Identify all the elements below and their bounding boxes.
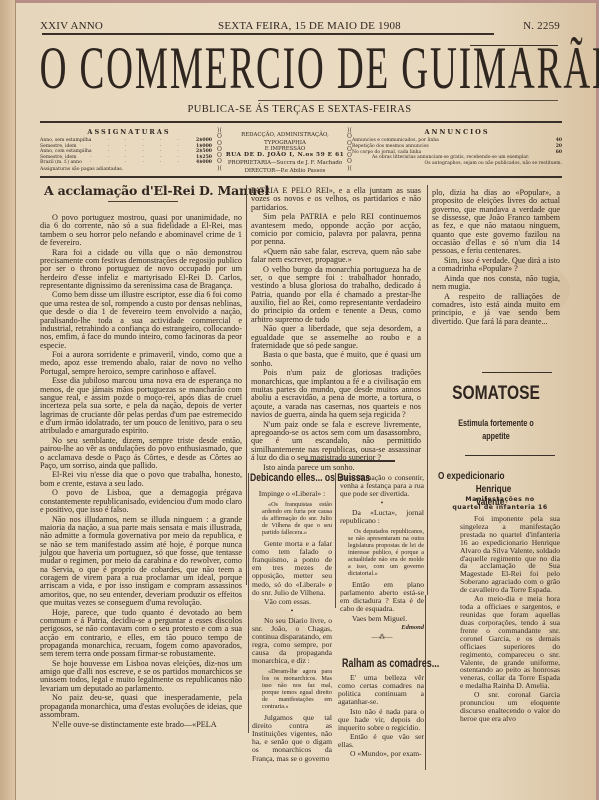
paragraph: PATRIA E PELO REI», e a ella juntam as s… [251, 187, 421, 212]
section-separator [465, 455, 555, 456]
block-quote: «Deram-lhe agora para los os monarchicos… [262, 668, 332, 710]
paragraph: Foi imponente pela sua singeleza a manif… [460, 515, 560, 594]
advertising-heading: ANNUNCIOS [352, 128, 562, 136]
paragraph: Sim, isso é verdade. Que dirá a isto a c… [432, 257, 560, 274]
issue-number: N. 2259 [523, 20, 560, 32]
info-box-bottom-rule [40, 176, 562, 178]
paragraph: Não quer a liberdade, que seja desordem,… [251, 325, 421, 350]
dateline: XXIV ANNO SEXTA FEIRA, 15 DE MAIO DE 190… [40, 20, 560, 34]
ornament-separator: —⁂— [340, 633, 424, 641]
subscriptions-heading: ASSIGNATURAS [40, 128, 218, 136]
column-rule [425, 595, 426, 770]
advertising-label: Repetição dos mesmos annuncios [352, 144, 429, 149]
paragraph: da acclamação o consentir, venha a festa… [340, 474, 424, 498]
advertising-rates-panel: ANNUNCIOS Annuncios e communicados, por … [352, 128, 562, 167]
publication-schedule: PUBLICA-SE ÁS TERÇAS E SEXTAS-FEIRAS [0, 104, 599, 115]
ralham-article-body: E' uma belleza vêr como certas comadres … [338, 674, 424, 760]
paragraph: O snr. coronal Garcia pronunciou um eloq… [460, 691, 560, 723]
article-subtitle-manifestacoes: Manifestações no quartel de infanteria 1… [452, 496, 548, 511]
editorial-office-panel: REDACÇÃO, ADMINISTRAÇÃO, TYPOGRAPHIA E I… [225, 131, 345, 175]
paragraph: Isto não é nada para o que hade vir, dep… [338, 708, 424, 732]
info-box: ASSIGNATURAS Anno, sem estampilha ······… [40, 124, 562, 176]
subtitle-rule [258, 100, 558, 101]
signature: Edmond [340, 624, 424, 632]
paragraph: O «Mundo», por exam- [338, 750, 424, 758]
paragraph: Sim pela PATRIA e pelo REI continuemos a… [251, 213, 421, 246]
year-label: XXIV ANNO [40, 20, 103, 32]
paragraph: Então é que vão ser ellas. [338, 733, 424, 749]
paragraph: Da «Lucta», jornal republicano : [340, 509, 424, 525]
newspaper-page: XXIV ANNO SEXTA FEIRA, 15 DE MAIO DE 190… [0, 0, 599, 800]
masthead-title: O COMMERCIO DE GUIMARÃES [40, 40, 561, 96]
paragraph: E' uma belleza vêr como certas comadres … [338, 674, 424, 706]
paragraph: Vão com essas. [252, 598, 332, 606]
title-rule [108, 201, 178, 202]
paragraph: Impinge o «Liberal» : [252, 490, 332, 498]
column-rule [246, 185, 247, 585]
paragraph: plo, dizia ha dias ao «Popular», a propo… [432, 189, 560, 256]
section-separator [305, 460, 395, 462]
expedicionario-article-body: Foi imponente pela sua singeleza a manif… [460, 515, 560, 724]
title-line: O expedicionario [438, 470, 535, 483]
page-edge-top [0, 0, 599, 3]
ornamental-divider: )(OOOOO)( [217, 128, 222, 172]
paragraph: No seu Diario livre, o snr. João, o Chag… [252, 617, 332, 666]
column-rule [248, 473, 249, 733]
paragraph: Ao meio-dia e meia hora toda a officiaes… [460, 595, 560, 690]
column-3-body: plo, dizia ha dias ao «Popular», a propo… [432, 189, 560, 327]
paragraph: «Quem não sabe falar, escreva, quem não … [251, 248, 421, 265]
paragraph: No seu semblante, dizem, sempre triste d… [40, 437, 242, 470]
paragraph: Pois n'um paiz de gloriosas tradições mo… [251, 369, 421, 419]
subscription-label: Brazil (m. f.) anno [40, 160, 82, 166]
office-address: RUA DE D. JOÃO I, N.os 59 E 61 [225, 151, 345, 159]
article-title-acclamacao: A acclamação d'El-Rei D. Manuel [44, 183, 254, 198]
date-label: SEXTA FEIRA, 15 DE MAIO DE 1908 [218, 20, 401, 32]
paragraph: Foi a aurora sorridente e primaveril, vi… [40, 351, 242, 376]
advert-somatose-tagline: Estimula fortemente o appetite [451, 417, 541, 443]
column-rule [335, 473, 336, 608]
subscription-row: Brazil (m. f.) anno ······ 4$000 [40, 160, 218, 166]
paragraph: Se hoje houvesse em Lisboa novas eleiçõe… [40, 660, 242, 693]
column-1-article-body: O povo portuguez mostrou, quasi por unan… [40, 214, 242, 730]
proprietor: PROPRIETARIA—Succra de J. F. Machado [225, 159, 345, 167]
info-box-top-rule [40, 121, 562, 123]
paragraph: Isto ainda parece um sonho. [251, 464, 421, 472]
debicando-column-a: Impinge o «Liberal» : «Os franquistas es… [252, 490, 332, 764]
paragraph: Esse dia jubiloso marcou uma nova era de… [40, 377, 242, 435]
column-2-continuation: PATRIA E PELO REI», e a ella juntam as s… [251, 187, 421, 473]
paragraph: Rara foi a cidade ou villa que o não dem… [40, 249, 242, 291]
leader-dots: ······ [90, 160, 190, 166]
paragraph: Vaes bem Miguel. [340, 615, 424, 623]
column-rule [427, 185, 428, 595]
paragraph: Gente morta e a falar como tem falado o … [252, 540, 332, 597]
subscription-note: Assignaturas são pagas adiantadas. [40, 167, 218, 172]
paragraph: A respeito de ralliações de comadres, is… [432, 293, 560, 326]
block-quote: Os deputados republicanos, se não aprese… [348, 528, 424, 577]
advertising-note: Os autographos, sejam ou não publicados,… [352, 161, 562, 167]
paragraph: No paiz deu-se, quasi que inesperadament… [40, 694, 242, 719]
paragraph: N'elle ouve-se distinctamente este brado… [40, 721, 242, 729]
advert-somatose-brand: SOMATOSE [450, 383, 542, 405]
bullet-separator: • [340, 499, 424, 507]
advertising-row: No corpo do jornal, cada linha 60 [352, 150, 562, 156]
paragraph: O povo portuguez mostrou, quasi por unan… [40, 214, 242, 247]
masthead: O COMMERCIO DE GUIMARÃES [40, 40, 560, 96]
subscriptions-panel: ASSIGNATURAS Anno, sem estampilha ······… [40, 128, 218, 172]
bullet-separator: • [252, 607, 332, 615]
paragraph: Não nos illudamos, nem se illuda ninguem… [40, 516, 242, 608]
paragraph: O velho burgo da monarchia portugueza ha… [251, 266, 421, 324]
debicando-column-b: da acclamação o consentir, venha a festa… [340, 474, 424, 642]
paragraph: Hoje, parece, que tudo quanto é devotado… [40, 609, 242, 659]
section-separator [482, 372, 552, 373]
article-title-ralham: Ralham as comadres... [342, 658, 439, 670]
page-binding-edge [0, 0, 16, 800]
paragraph: Como bem disse um illustre escriptor, es… [40, 291, 242, 349]
paragraph: O povo de Lisboa, que a demagogia prégav… [40, 489, 242, 514]
paragraph: Então em plano parlamento aberto está-se… [340, 581, 424, 613]
paragraph: El-Rei viu n'esse dia que o povo que tra… [40, 471, 242, 488]
paragraph: Julgamos que tal direito contra as Insti… [252, 714, 332, 763]
advertising-label: Annuncios e communicados, por linha [352, 138, 439, 143]
paragraph: N'um paiz onde se fala e escreve livreme… [251, 421, 421, 463]
paragraph: Ainda que nos consta, não tugia, nem mug… [432, 275, 560, 292]
paragraph: Basta o que basta, que é muito, que é qu… [251, 351, 421, 368]
director: DIRECTOR—P.e Abilio Passos [225, 167, 345, 175]
advertising-price: 60 [556, 150, 562, 156]
subscription-price: 4$000 [196, 160, 212, 166]
block-quote: «Os franquistas estão ardendo em furia p… [262, 501, 332, 536]
advertising-label: No corpo do jornal, cada linha [352, 150, 421, 155]
